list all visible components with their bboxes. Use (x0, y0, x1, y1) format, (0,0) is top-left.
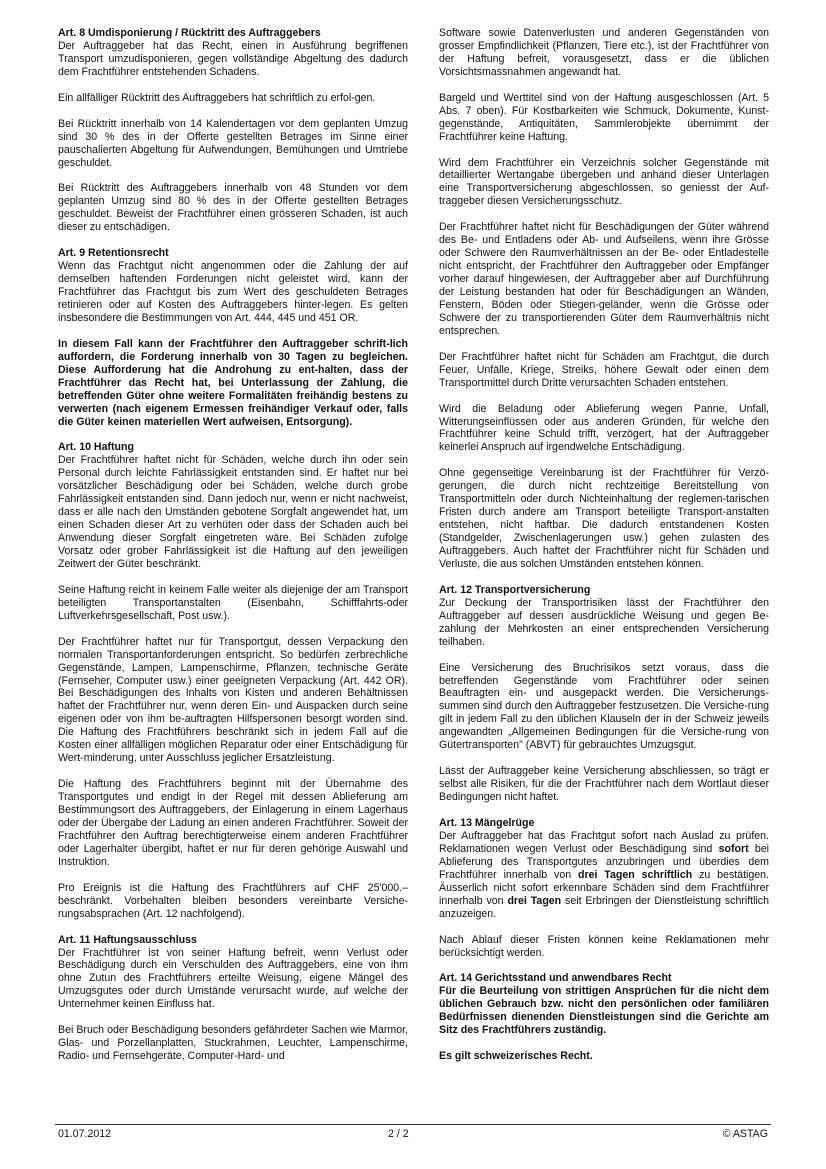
paragraph: Der Frachtführer ist von seiner Haftung … (58, 947, 408, 1012)
emphasis-drei-tagen: drei Tagen (507, 895, 561, 907)
page-number: 2 / 2 (388, 1128, 409, 1141)
article-11-continued: Software sowie Datenverlusten und andere… (439, 27, 769, 571)
right-column: Software sowie Datenverlusten und andere… (439, 27, 769, 1076)
emphasis-sofort: sofort (719, 843, 749, 855)
paragraph: Der Frachtführer haftet nicht für Schäde… (58, 454, 408, 571)
article-9-heading: Art. 9 Retentionsrecht (58, 247, 408, 260)
article-11: Art. 11 Haftungsausschluss Der Frachtfüh… (58, 934, 408, 1064)
paragraph: Wird die Beladung oder Ablieferung wegen… (439, 403, 769, 455)
paragraph: Der Frachtführer haftet nicht für Beschä… (439, 221, 769, 338)
article-10-heading: Art. 10 Haftung (58, 441, 408, 454)
bold-paragraph: In diesem Fall kann der Frachtführer den… (58, 338, 408, 429)
paragraph: Wird dem Frachtführer ein Verzeichnis so… (439, 157, 769, 209)
paragraph: Lässt der Auftraggeber keine Versicherun… (439, 765, 769, 804)
footer-divider (55, 1124, 771, 1125)
paragraph: Der Frachtführer haftet nur für Transpor… (58, 636, 408, 766)
article-13: Art. 13 Mängelrüge Der Auftraggeber hat … (439, 817, 769, 959)
article-13-heading: Art. 13 Mängelrüge (439, 817, 769, 830)
paragraph: Der Frachtführer haftet nicht für Schäde… (439, 351, 769, 390)
article-10: Art. 10 Haftung Der Frachtführer haftet … (58, 441, 408, 920)
emphasis-drei-tagen-schriftlich: drei Tagen schriftlich (578, 869, 692, 881)
paragraph: Eine Versicherung des Bruchrisikos setzt… (439, 662, 769, 753)
footer-date: 01.07.2012 (58, 1128, 111, 1141)
article-11-heading: Art. 11 Haftungsausschluss (58, 934, 408, 947)
paragraph: Nach Ablauf dieser Fristen können keine … (439, 934, 769, 960)
paragraph: Software sowie Datenverlusten und andere… (439, 27, 769, 79)
paragraph: Zur Deckung der Transportrisiken lässt d… (439, 597, 769, 649)
paragraph: Bei Bruch oder Beschädigung besonders ge… (58, 1024, 408, 1063)
paragraph: Die Haftung des Frachtführers beginnt mi… (58, 778, 408, 869)
paragraph: Seine Haftung reicht in keinem Falle wei… (58, 584, 408, 623)
article-14: Art. 14 Gerichtsstand und anwendbares Re… (439, 972, 769, 1063)
paragraph: Der Auftraggeber hat das Recht, einen in… (58, 40, 408, 79)
paragraph: Bargeld und Werttitel sind von der Haftu… (439, 92, 769, 144)
article-8: Art. 8 Umdisponierung / Rücktritt des Au… (58, 27, 408, 234)
article-14-heading: Art. 14 Gerichtsstand und anwendbares Re… (439, 972, 769, 985)
article-9: Art. 9 Retentionsrecht Wenn das Frachtgu… (58, 247, 408, 428)
paragraph: Bei Rücktritt des Auftraggebers innerhal… (58, 182, 408, 234)
article-12-heading: Art. 12 Transportversicherung (439, 584, 769, 597)
paragraph: Ohne gegenseitige Vereinbarung ist der F… (439, 467, 769, 571)
left-column: Art. 8 Umdisponierung / Rücktritt des Au… (58, 27, 408, 1076)
bold-paragraph: Es gilt schweizerisches Recht. (439, 1050, 769, 1063)
bold-paragraph: Für die Beurteilung von strittigen Anspr… (439, 985, 769, 1037)
paragraph: Pro Ereignis ist die Haftung des Frachtf… (58, 882, 408, 921)
paragraph: Bei Rücktritt innerhalb von 14 Kalendert… (58, 118, 408, 170)
paragraph: Der Auftraggeber hat das Frachtgut sofor… (439, 830, 769, 921)
article-8-heading: Art. 8 Umdisponierung / Rücktritt des Au… (58, 27, 408, 40)
article-12: Art. 12 Transportversicherung Zur Deckun… (439, 584, 769, 804)
paragraph: Ein allfälliger Rücktritt des Auftraggeb… (58, 92, 408, 105)
paragraph: Wenn das Frachtgut nicht angenommen oder… (58, 260, 408, 325)
copyright: © ASTAG (723, 1128, 768, 1141)
